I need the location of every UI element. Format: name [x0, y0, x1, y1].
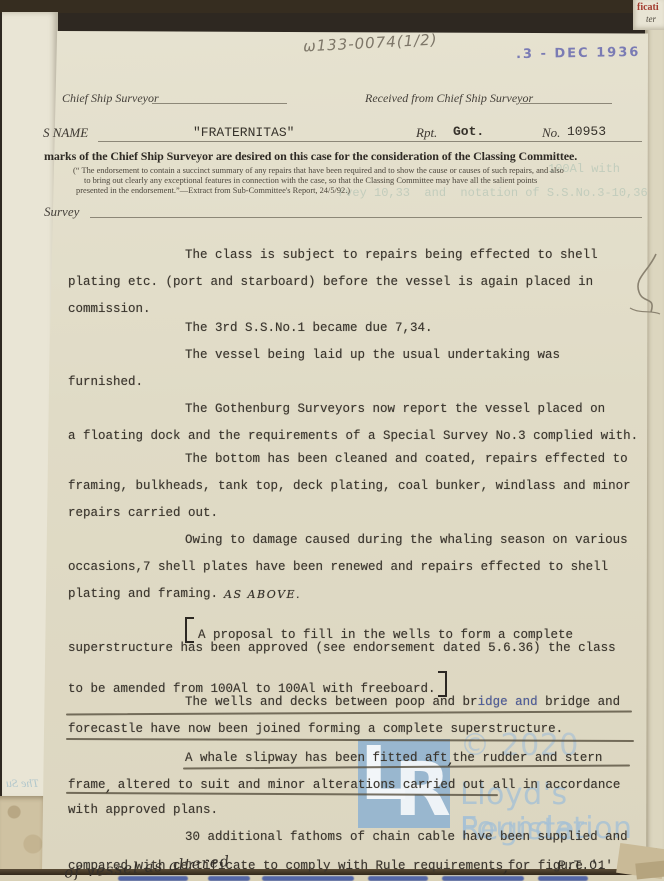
typed-line: frame, altered to suit and minor alterat… — [68, 774, 620, 794]
report-number: 10953 — [567, 124, 606, 139]
form-rule — [152, 103, 287, 104]
typed-line: repairs carried out. — [68, 504, 218, 522]
aged-paper-corner — [0, 796, 47, 876]
typed-line: framing, bulkheads, tank top, deck plati… — [68, 477, 631, 495]
typed-line: plating and framing.AS ABOVE. — [68, 585, 301, 603]
typed-line: The wells and decks between poop and bri… — [185, 693, 620, 711]
typed-line: The vessel being laid up the usual under… — [185, 346, 560, 364]
typed-line: Owing to damage caused during the whalin… — [185, 531, 628, 549]
typed-line: with approved plans. — [68, 801, 218, 819]
typed-line: forecastle have now been joined forming … — [68, 720, 563, 738]
fragment-italic-text: ter — [646, 14, 656, 24]
ship-name-value: "FRATERNITAS" — [193, 125, 294, 140]
form-rule — [520, 103, 612, 104]
remarks-instruction: marks of the Chief Ship Surveyor are des… — [44, 149, 644, 164]
torn-paper — [635, 860, 664, 879]
typed-line: The Gothenburg Surveyors now report the … — [185, 400, 605, 418]
no-label: No. — [542, 125, 560, 141]
typed-line: plating etc. (port and starboard) before… — [68, 273, 593, 291]
cutoff-handwriting-fragment — [442, 876, 524, 881]
survey-label: Survey — [44, 204, 79, 220]
scan-background-strip — [0, 0, 664, 13]
typed-line: a floating dock and the requirements of … — [68, 427, 638, 445]
typed-line: commission. — [68, 300, 151, 318]
handwritten-as-above: AS ABOVE. — [224, 588, 301, 601]
rpt-value: Got. — [453, 124, 484, 139]
typed-line: The 3rd S.S.No.1 became due 7,34. — [185, 319, 433, 337]
typed-line: The bottom has been cleaned and coated, … — [185, 450, 628, 468]
fineprint-line: to bring out clearly any exceptional fea… — [84, 176, 537, 185]
scanned-document: ficati ter 100Al with rvey 10,33 and not… — [0, 0, 664, 881]
cutoff-handwriting-fragment — [368, 876, 428, 881]
typed-line: furnished. — [68, 373, 143, 391]
form-rule — [98, 141, 642, 142]
typed-line: The class is subject to repairs being ef… — [185, 246, 598, 264]
typed-line: 30 additional fathoms of chain cable hav… — [185, 828, 628, 846]
underlying-sheet-right — [645, 0, 664, 877]
fineprint-line: (“ The endorsement to contain a succinct… — [73, 166, 564, 175]
pto-text: P.T.O. — [558, 858, 605, 873]
received-from-label: Received from Chief Ship Surveyor — [365, 91, 533, 106]
bleedthrough-text: rvey 10,33 and notation of S.S.No.3-10,3… — [338, 186, 648, 200]
cutoff-handwriting-fragment — [538, 876, 588, 881]
pencil-signature-mark — [626, 250, 662, 320]
typed-line: A whale slipway has been fitted aft,the … — [185, 747, 602, 767]
bleedthrough-mirrored-text: The Su — [6, 776, 39, 791]
fragment-red-text: ficati — [637, 2, 659, 13]
date-stamp: .3 - DEC 1936 — [516, 45, 641, 62]
ship-name-label: S NAME — [43, 125, 88, 141]
fineprint-line: presented in the endorsement.”—Extract f… — [76, 186, 350, 195]
chief-ship-surveyor-label: Chief Ship Surveyor — [62, 91, 159, 106]
form-rule — [90, 217, 642, 218]
cutoff-handwriting-fragment — [208, 876, 250, 881]
typed-line: occasions,7 shell plates have been renew… — [68, 558, 608, 576]
rpt-label: Rpt. — [416, 125, 437, 141]
typed-line: superstructure has been approved (see en… — [68, 639, 616, 657]
cutoff-handwriting-fragment — [262, 876, 354, 881]
